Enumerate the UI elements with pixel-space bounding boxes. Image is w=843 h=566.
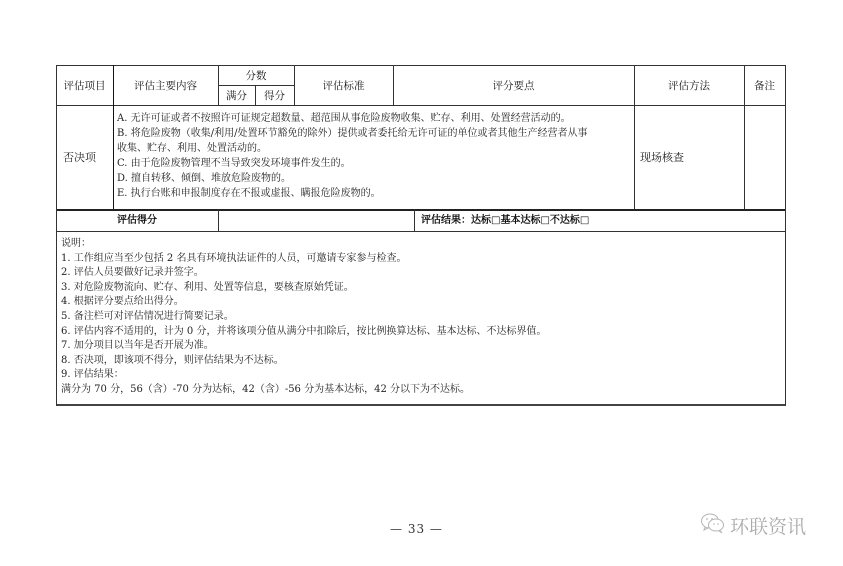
score-row-divider-2	[414, 209, 415, 231]
score-label: 评估得分	[56, 213, 218, 228]
table-border-bottom	[56, 404, 786, 406]
note-item-9: 9. 评估结果：	[61, 368, 546, 383]
note-item-6: 6. 评估内容不适用的，计为 0 分，并将该项分值从满分中扣除后，按比例换算达标…	[61, 325, 546, 340]
table-border-right	[785, 65, 786, 406]
table-border-left	[56, 65, 57, 406]
header-method: 评估方法	[634, 65, 744, 105]
veto-line-c: C. 由于危险废物管理不当导致突发环境事件发生的。	[117, 156, 632, 171]
header-standard: 评估标准	[294, 65, 393, 105]
notes-title: 说明：	[61, 237, 546, 252]
note-item-7: 7. 加分项目以当年是否开展为准。	[61, 339, 546, 354]
note-item-1: 1. 工作组应当至少包括 2 名具有环境执法证件的人员，可邀请专家参与检查。	[61, 252, 546, 267]
note-item-8: 8. 否决项，即该项不得分，则评估结果为不达标。	[61, 354, 546, 369]
veto-line-a: A. 无许可证或者不按照许可证规定超数量、超范围从事危险废物收集、贮存、利用、处…	[117, 111, 632, 126]
header-bottom-line	[56, 105, 786, 106]
watermark: 环联资讯	[700, 512, 806, 539]
header-item: 评估项目	[56, 65, 113, 105]
header-remark: 备注	[744, 65, 785, 105]
note-item-4: 4. 根据评分要点给出得分。	[61, 295, 546, 310]
watermark-text: 环联资讯	[730, 512, 806, 539]
page-number: — 33 —	[390, 522, 443, 536]
note-item-9-detail: 满分为 70 分，56（含）-70 分为达标，42（含）-56 分为基本达标，4…	[61, 383, 546, 398]
wechat-icon	[700, 512, 726, 539]
veto-line-d: D. 擅自转移、倾倒、堆放危险废物的。	[117, 171, 632, 186]
veto-method: 现场核查	[640, 150, 684, 165]
header-got-score: 得分	[255, 86, 294, 105]
header-content: 评估主要内容	[113, 65, 218, 105]
veto-line-b: B. 将危险废物（收集/利用/处置环节豁免的除外）提供或者委托给无许可证的单位或…	[117, 126, 632, 141]
note-item-5: 5. 备注栏可对评估情况进行简要记录。	[61, 310, 546, 325]
veto-line-e: E. 执行台账和申报制度存在不报或虚报、瞒报危险废物的。	[117, 186, 632, 201]
veto-item-label: 否决项	[63, 150, 96, 165]
note-item-2: 2. 评估人员要做好记录并签字。	[61, 266, 546, 281]
header-points: 评分要点	[393, 65, 634, 105]
score-row-bottom-line	[56, 231, 786, 232]
header-score-group: 分数	[218, 65, 294, 85]
veto-content: A. 无许可证或者不按照许可证规定超数量、超范围从事危险废物收集、贮存、利用、处…	[117, 111, 632, 201]
veto-line-b-cont: 收集、贮存、利用、处置活动的。	[117, 141, 632, 156]
result-label: 评估结果：达标□基本达标□不达标□	[421, 213, 589, 228]
score-value[interactable]	[219, 210, 414, 231]
notes-section: 说明： 1. 工作组应当至少包括 2 名具有环境执法证件的人员，可邀请专家参与检…	[61, 237, 546, 398]
veto-bottom-line	[56, 209, 786, 211]
header-full-score: 满分	[218, 86, 255, 105]
note-item-3: 3. 对危险废物流向、贮存、利用、处置等信息，要核查原始凭证。	[61, 281, 546, 296]
